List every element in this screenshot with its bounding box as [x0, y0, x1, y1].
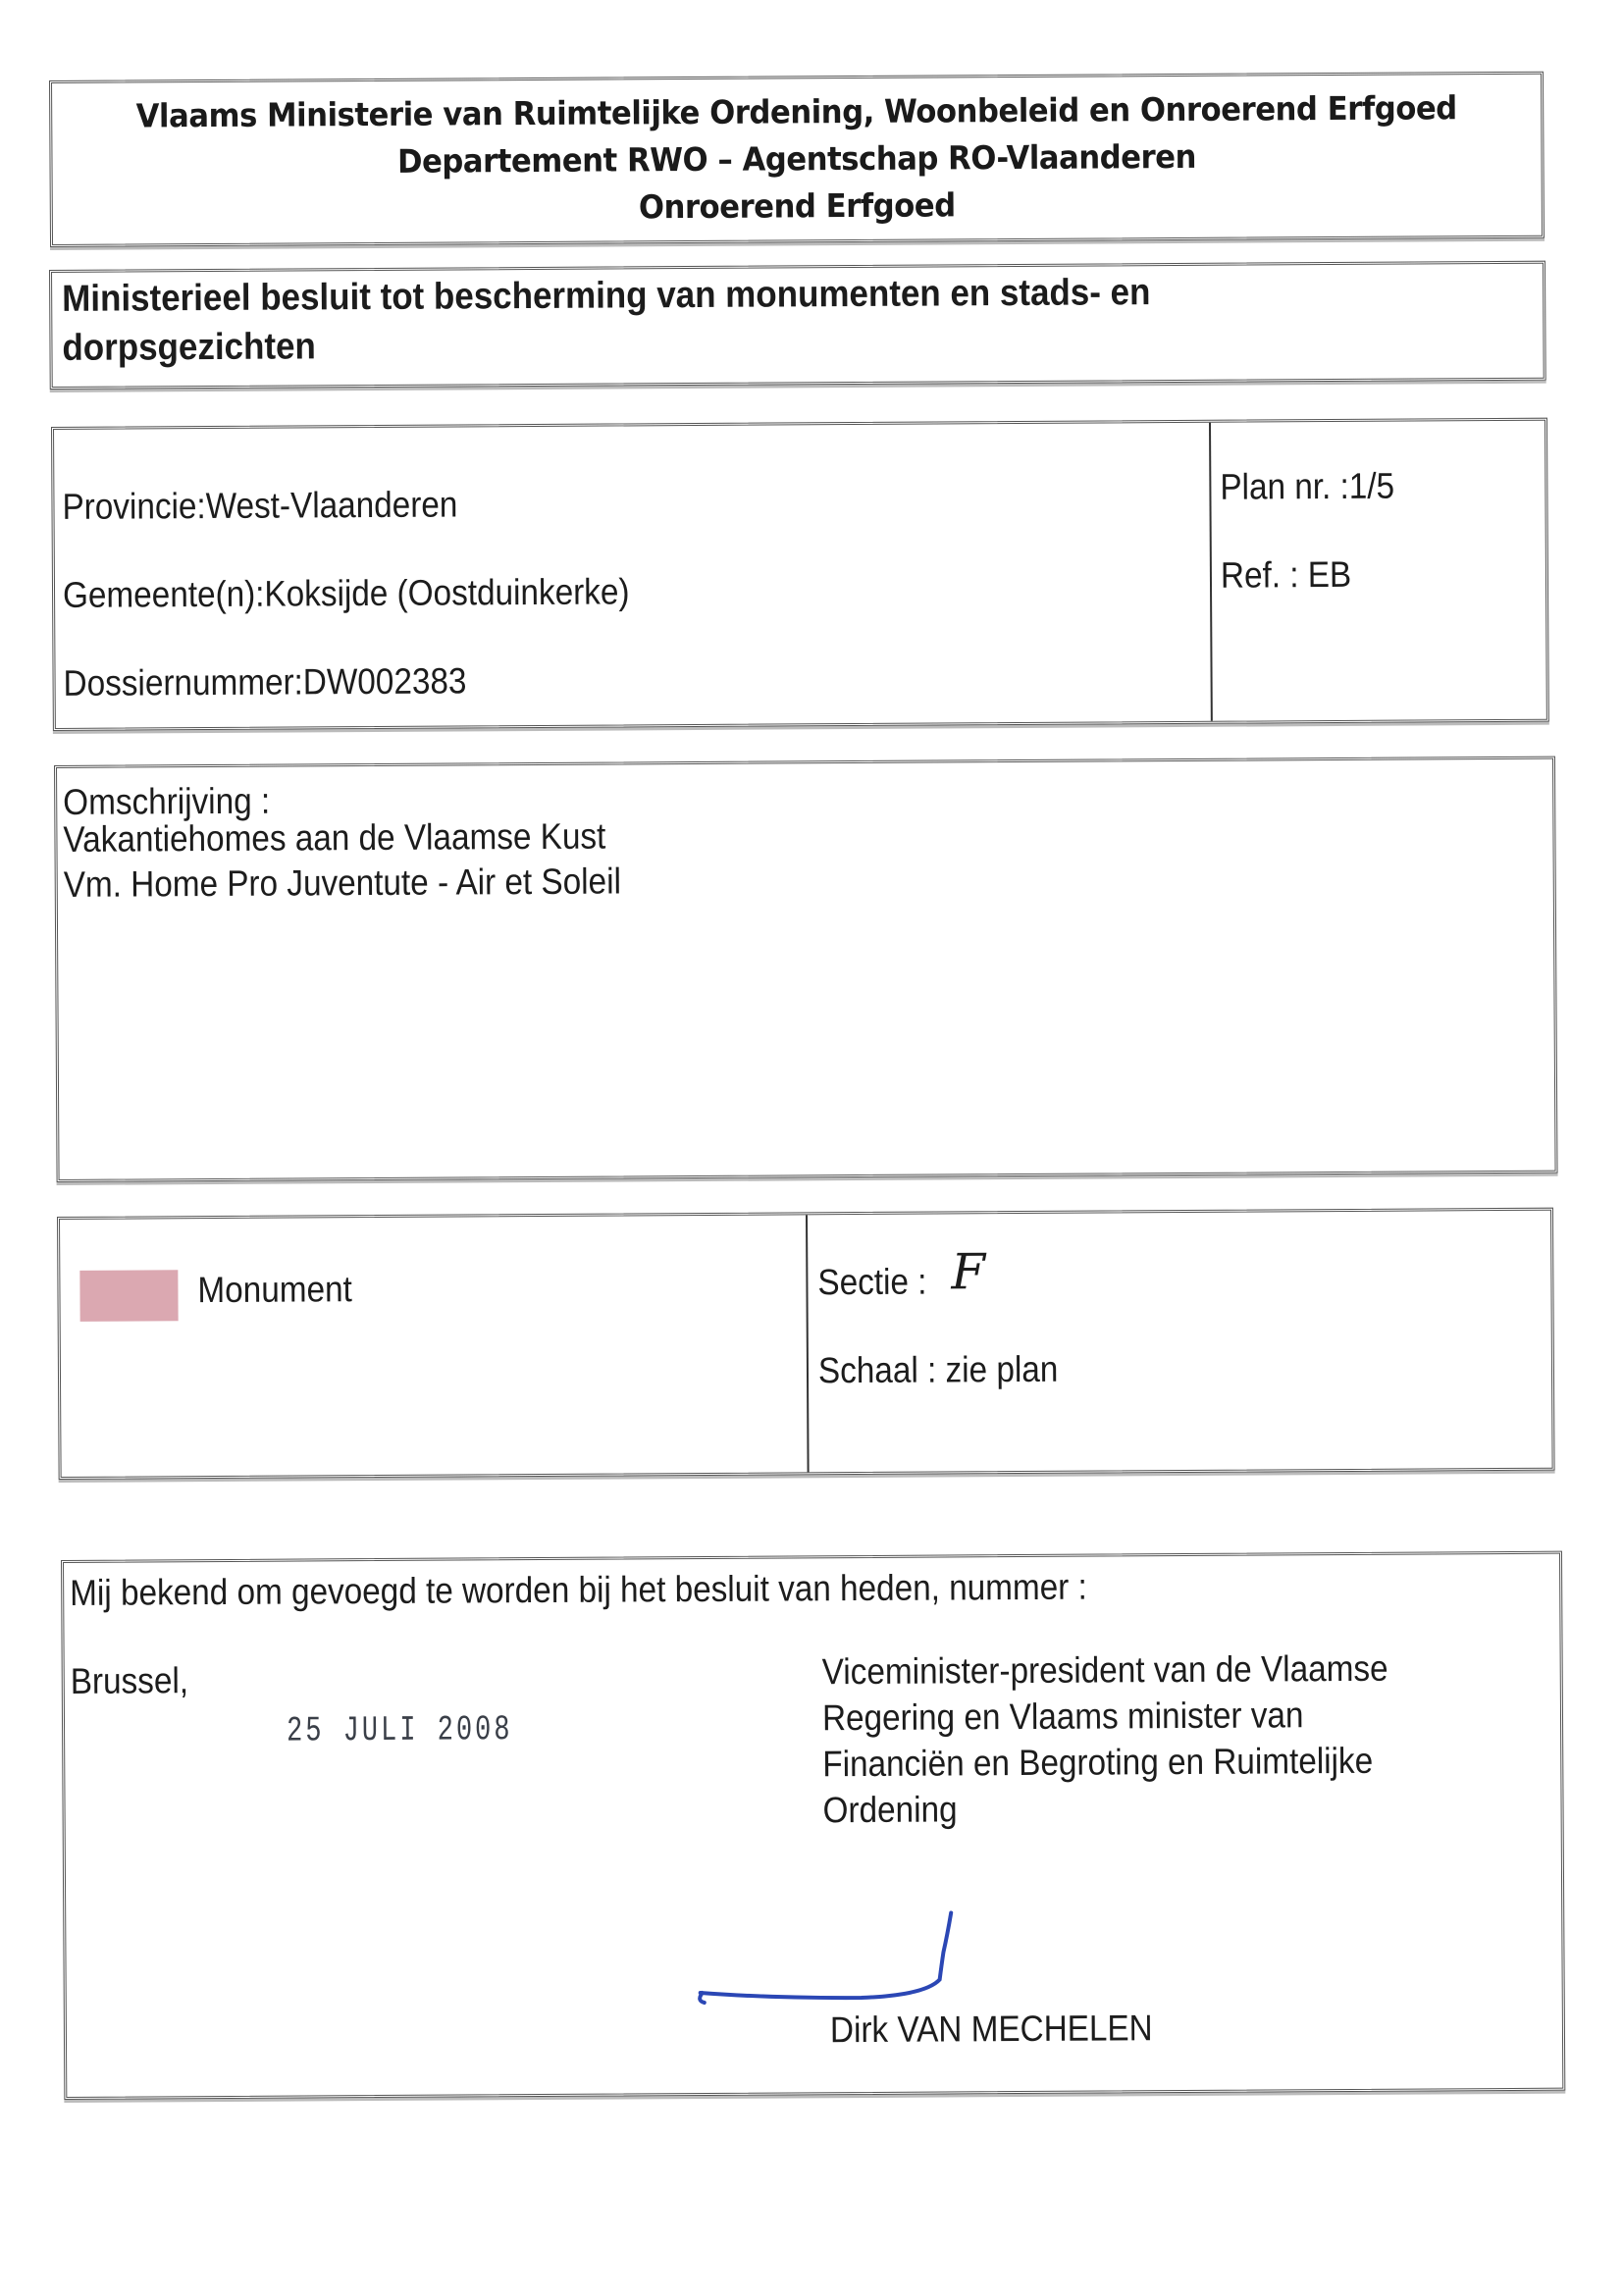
monument-legend-label: Monument [197, 1269, 352, 1311]
minister-title-line-2: Regering en Vlaams minister van [822, 1695, 1304, 1739]
description-label: Omschrijving : [63, 781, 270, 823]
document-title-box: Ministerieel besluit tot bescherming van… [49, 261, 1546, 390]
description-box: Omschrijving : Vakantiehomes aan de Vlaa… [54, 757, 1558, 1182]
minister-title-line-4: Ordening [822, 1789, 957, 1831]
place-label: Brussel, [71, 1660, 189, 1702]
description-line-2: Vm. Home Pro Juventute - Air et Soleil [64, 861, 621, 905]
ministry-name: Vlaams Ministerie van Ruimtelijke Ordeni… [104, 88, 1489, 135]
dossier-info-table: Provincie:West-Vlaanderen Gemeente(n):Ko… [51, 418, 1549, 731]
legend-box: Monument Sectie : F Schaal : zie plan [57, 1208, 1555, 1480]
minister-title-line-1: Viceminister-president van de Vlaamse [822, 1648, 1388, 1694]
document-title-line-2: dorpsgezichten [62, 326, 316, 370]
sectie-label: Sectie : [817, 1262, 926, 1304]
date-stamp: 25 JULI 2008 [287, 1709, 513, 1750]
gemeente-field: Gemeente(n):Koksijde (Oostduinkerke) [63, 571, 630, 616]
dossiernummer-field: Dossiernummer:DW002383 [63, 660, 466, 704]
provincie-field: Provincie:West-Vlaanderen [62, 484, 457, 527]
signature-box: Mij bekend om gevoegd te worden bij het … [61, 1551, 1565, 2100]
schaal-field: Schaal : zie plan [818, 1349, 1059, 1391]
acknowledgement-text: Mij bekend om gevoegd te worden bij het … [70, 1567, 1087, 1614]
monument-color-swatch [79, 1270, 178, 1322]
agency-name: Onroerend Erfgoed [105, 183, 1490, 230]
sectie-handwritten-value: F [951, 1243, 985, 1300]
reference-field: Ref. : EB [1221, 554, 1352, 597]
plan-number-field: Plan nr. :1/5 [1220, 466, 1394, 508]
signatory-name: Dirk VAN MECHELEN [830, 2008, 1153, 2051]
header-box: Vlaams Ministerie van Ruimtelijke Ordeni… [49, 72, 1544, 247]
department-name: Departement RWO – Agentschap RO-Vlaander… [104, 135, 1489, 183]
minister-title-line-3: Financiën en Begroting en Ruimtelijke [822, 1741, 1373, 1785]
document-title-line-1: Ministerieel besluit tot bescherming van… [62, 272, 1150, 321]
description-line-1: Vakantiehomes aan de Vlaamse Kust [63, 816, 605, 861]
column-divider [806, 1215, 810, 1472]
column-divider [1209, 423, 1213, 721]
